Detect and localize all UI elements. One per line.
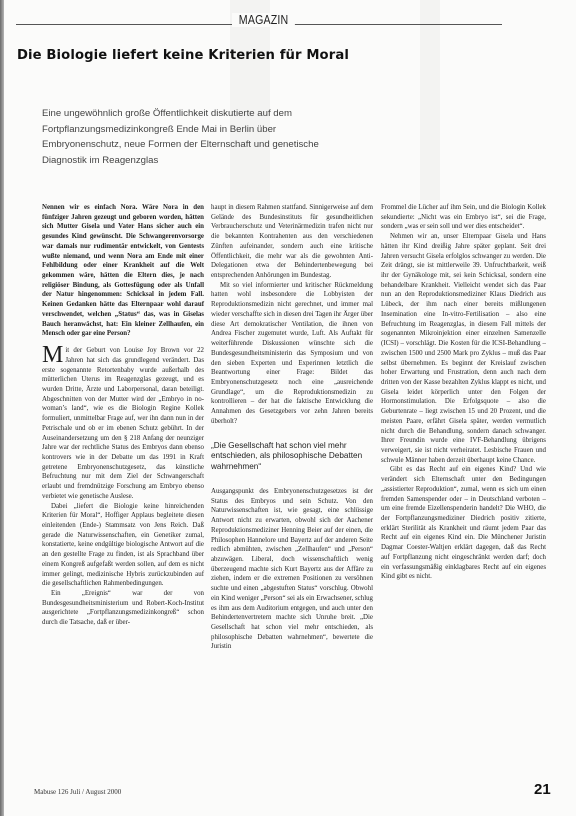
body-paragraph: haupt in diesem Rahmen stattfand. Sinnig… xyxy=(211,203,373,281)
scan-artifact xyxy=(230,0,270,200)
page-number: 21 xyxy=(534,781,551,798)
body-paragraph: Gibt es das Recht auf ein eigenes Kind? … xyxy=(381,465,546,582)
body-paragraph: Dabei „liefert die Biologie keine hinrei… xyxy=(42,502,204,589)
column-2: haupt in diesem Rahmen stattfand. Sinnig… xyxy=(211,203,373,652)
body-paragraph: Frommel die Lücher auf ihm Sein, und die… xyxy=(381,203,546,232)
body-paragraph: Ein „Ereignis“ war der von Bundesgesundh… xyxy=(42,589,204,628)
column-3: Frommel die Lücher auf ihm Sein, und die… xyxy=(381,203,546,582)
article-title: Die Biologie liefert keine Kriterien für… xyxy=(17,48,349,63)
article-lead: Eine ungewöhnlich große Öffentlichkeit d… xyxy=(42,106,342,168)
column-1: Nennen wir es einfach Nora. Wäre Nora in… xyxy=(42,203,204,628)
pull-quote: „Die Gesellschaft hat schon viel mehr en… xyxy=(211,441,373,473)
body-paragraph: Mit der Geburt von Louise Joy Brown vor … xyxy=(42,346,204,502)
scan-artifact xyxy=(420,0,440,200)
footer-issue-info: Mabuse 126 Juli / August 2000 xyxy=(34,788,121,796)
page-spine-shadow xyxy=(0,0,4,816)
intro-paragraph: Nennen wir es einfach Nora. Wäre Nora in… xyxy=(42,203,204,339)
section-label: MAGAZIN xyxy=(232,13,295,27)
body-paragraph: Mit so viel informierter und kritischer … xyxy=(211,281,373,427)
body-paragraph: Ausgangspunkt des Embryonenschutzgesetze… xyxy=(211,487,373,652)
body-paragraph: Nehmen wir an, unser Elternpaar Gisela u… xyxy=(381,232,546,465)
